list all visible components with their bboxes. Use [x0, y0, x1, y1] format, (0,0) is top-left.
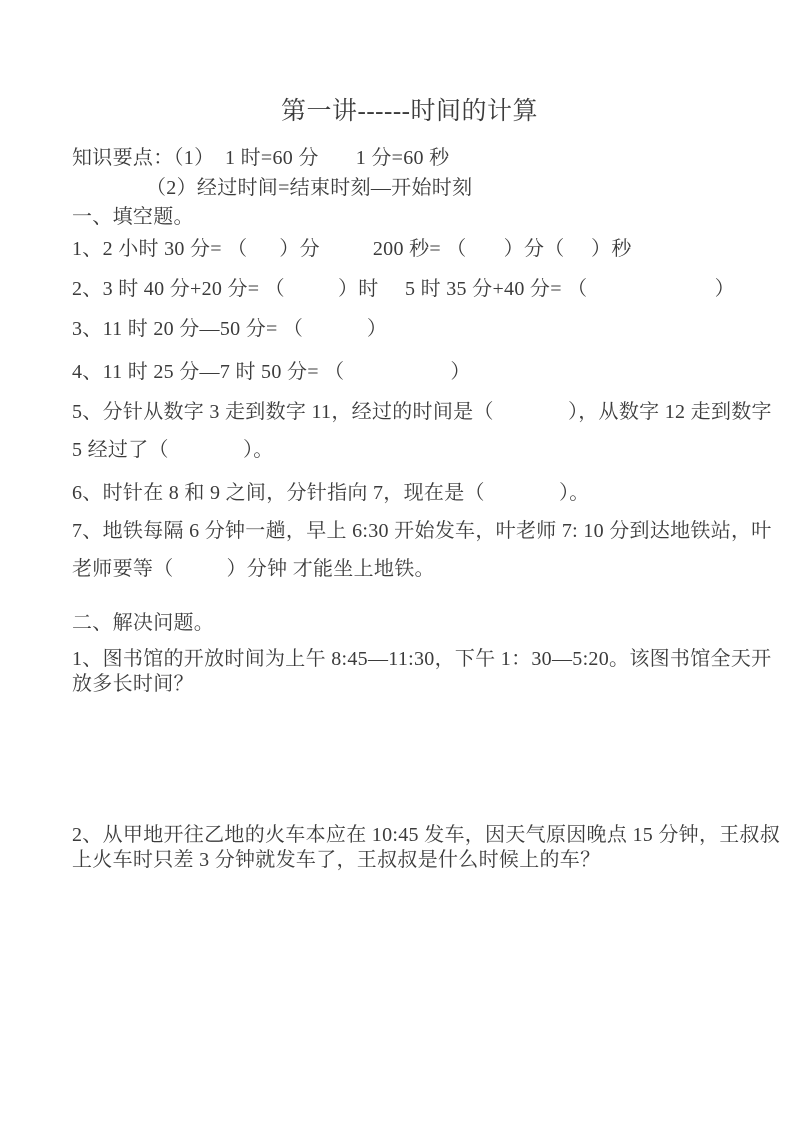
fill-in-question-4: 4、11 时 25 分—7 时 50 分= （ ） [72, 361, 471, 384]
fill-in-question-7-line-1: 7、地铁每隔 6 分钟一趟，早上 6:30 开始发车，叶老师 7: 10 分到达… [72, 520, 772, 543]
page-title: 第一讲------时间的计算 [0, 97, 793, 127]
section1-heading: 一、填空题。 [72, 206, 194, 229]
fill-in-question-1: 1、2 小时 30 分= （ ）分 200 秒= （ ）分（ ）秒 [72, 238, 632, 261]
fill-in-question-5-line-2: 5 经过了（ ）。 [72, 439, 274, 462]
word-problem-2-line-2: 上火车时只差 3 分钟就发车了，王叔叔是什么时候上的车？ [72, 849, 600, 872]
fill-in-question-5-line-1: 5、分针从数字 3 走到数字 11，经过的时间是（ ），从数字 12 走到数字 [72, 401, 772, 424]
fill-in-question-6: 6、时针在 8 和 9 之间，分针指向 7，现在是（ ）。 [72, 482, 590, 505]
section2-heading: 二、解决问题。 [72, 612, 214, 635]
knowledge-points-line-1: 知识要点：（1） 1 时=60 分 1 分=60 秒 [72, 147, 449, 170]
fill-in-question-2: 2、3 时 40 分+20 分= （ ）时 5 时 35 分+40 分= （ ） [72, 278, 735, 301]
answer-space-problem-1 [72, 700, 722, 820]
word-problem-1-line-1: 1、图书馆的开放时间为上午 8:45—11:30，下午 1：30—5:20。该图… [72, 648, 771, 671]
word-problem-1-line-2: 放多长时间？ [72, 673, 194, 696]
word-problem-2-line-1: 2、从甲地开往乙地的火车本应在 10:45 发车，因天气原因晚点 15 分钟，王… [72, 824, 780, 847]
fill-in-question-7-line-2: 老师要等（ ）分钟 才能坐上地铁。 [72, 558, 435, 581]
fill-in-question-3: 3、11 时 20 分—50 分= （ ） [72, 318, 387, 341]
worksheet-page: 第一讲------时间的计算 知识要点：（1） 1 时=60 分 1 分=60 … [0, 0, 793, 1122]
knowledge-points-line-2: （2）经过时间=结束时刻—开始时刻 [146, 177, 472, 200]
answer-space-problem-2 [72, 880, 722, 1110]
